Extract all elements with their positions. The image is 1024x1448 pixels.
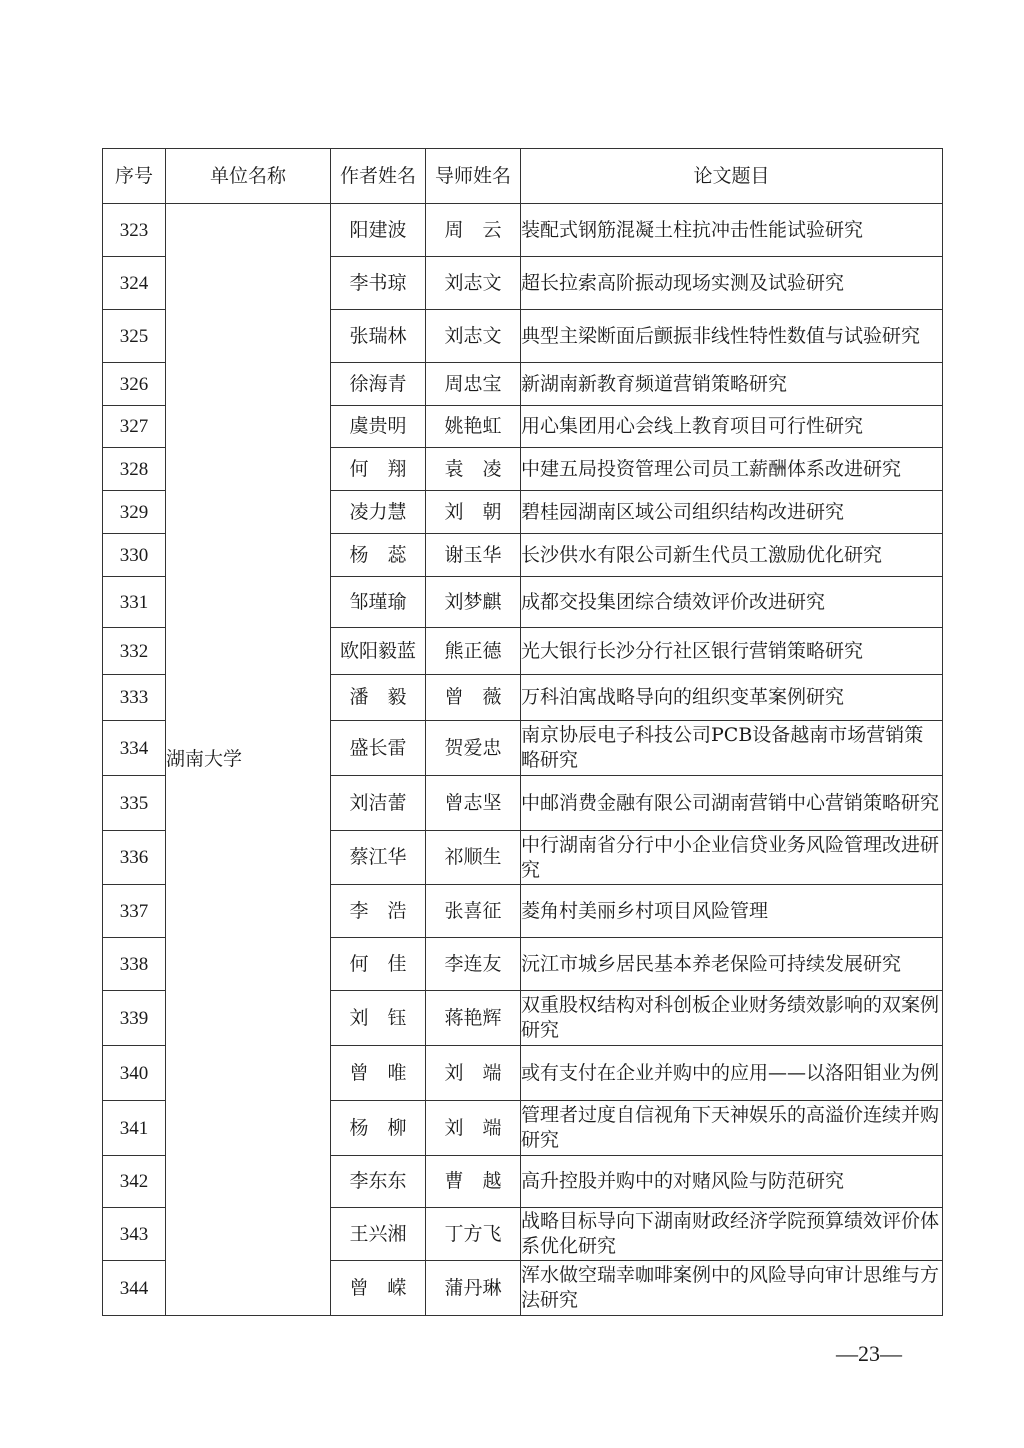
cell-seq: 334 (103, 721, 166, 776)
cell-advisor: 李连友 (426, 938, 521, 991)
cell-author: 何 翔 (331, 448, 426, 491)
cell-advisor: 袁 凌 (426, 448, 521, 491)
header-seq: 序号 (103, 149, 166, 204)
cell-title: 光大银行长沙分行社区银行营销策略研究 (521, 628, 943, 675)
cell-advisor: 熊正德 (426, 628, 521, 675)
cell-title: 超长拉索高阶振动现场实测及试验研究 (521, 257, 943, 310)
cell-advisor: 蒲丹琳 (426, 1261, 521, 1316)
thesis-list-table: 序号 单位名称 作者姓名 导师姓名 论文题目 323湖南大学阳建波周 云装配式钢… (102, 148, 943, 1316)
cell-author: 盛长雷 (331, 721, 426, 776)
cell-title: 长沙供水有限公司新生代员工激励优化研究 (521, 534, 943, 577)
cell-seq: 329 (103, 491, 166, 534)
cell-author: 阳建波 (331, 204, 426, 257)
cell-title: 双重股权结构对科创板企业财务绩效影响的双案例研究 (521, 991, 943, 1046)
cell-author: 蔡江华 (331, 831, 426, 885)
cell-seq: 328 (103, 448, 166, 491)
cell-title: 管理者过度自信视角下天神娱乐的高溢价连续并购研究 (521, 1101, 943, 1156)
cell-seq: 324 (103, 257, 166, 310)
cell-seq: 337 (103, 885, 166, 938)
cell-title: 菱角村美丽乡村项目风险管理 (521, 885, 943, 938)
cell-author: 凌力慧 (331, 491, 426, 534)
cell-title: 中行湖南省分行中小企业信贷业务风险管理改进研究 (521, 831, 943, 885)
cell-title: 南京协辰电子科技公司PCB设备越南市场营销策略研究 (521, 721, 943, 776)
cell-author: 邹瑾瑜 (331, 577, 426, 628)
cell-title: 新湖南新教育频道营销策略研究 (521, 363, 943, 406)
cell-seq: 340 (103, 1046, 166, 1101)
cell-seq: 336 (103, 831, 166, 885)
cell-advisor: 蒋艳辉 (426, 991, 521, 1046)
cell-advisor: 谢玉华 (426, 534, 521, 577)
cell-title: 战略目标导向下湖南财政经济学院预算绩效评价体系优化研究 (521, 1208, 943, 1261)
header-author: 作者姓名 (331, 149, 426, 204)
cell-advisor: 周忠宝 (426, 363, 521, 406)
cell-title: 或有支付在企业并购中的应用——以洛阳钼业为例 (521, 1046, 943, 1101)
header-title: 论文题目 (521, 149, 943, 204)
cell-seq: 332 (103, 628, 166, 675)
cell-advisor: 祁顺生 (426, 831, 521, 885)
table-header-row: 序号 单位名称 作者姓名 导师姓名 论文题目 (103, 149, 943, 204)
cell-title: 中建五局投资管理公司员工薪酬体系改进研究 (521, 448, 943, 491)
cell-advisor: 刘志文 (426, 257, 521, 310)
cell-author: 李东东 (331, 1156, 426, 1208)
cell-advisor: 刘梦麒 (426, 577, 521, 628)
cell-seq: 341 (103, 1101, 166, 1156)
cell-seq: 326 (103, 363, 166, 406)
cell-author: 曾 嵘 (331, 1261, 426, 1316)
cell-author: 刘洁蕾 (331, 776, 426, 831)
cell-advisor: 贺爱忠 (426, 721, 521, 776)
cell-seq: 327 (103, 406, 166, 448)
cell-seq: 335 (103, 776, 166, 831)
cell-author: 潘 毅 (331, 675, 426, 721)
header-advisor: 导师姓名 (426, 149, 521, 204)
cell-title: 碧桂园湖南区域公司组织结构改进研究 (521, 491, 943, 534)
cell-seq: 331 (103, 577, 166, 628)
cell-author: 徐海青 (331, 363, 426, 406)
cell-advisor: 曾志坚 (426, 776, 521, 831)
cell-author: 李书琼 (331, 257, 426, 310)
cell-author: 杨 蕊 (331, 534, 426, 577)
cell-title: 浑水做空瑞幸咖啡案例中的风险导向审计思维与方法研究 (521, 1261, 943, 1316)
page-number: —23— (836, 1341, 902, 1367)
cell-seq: 338 (103, 938, 166, 991)
cell-advisor: 曾 薇 (426, 675, 521, 721)
cell-seq: 344 (103, 1261, 166, 1316)
cell-advisor: 刘 端 (426, 1101, 521, 1156)
header-unit: 单位名称 (166, 149, 331, 204)
cell-title: 成都交投集团综合绩效评价改进研究 (521, 577, 943, 628)
cell-unit-name: 湖南大学 (166, 204, 331, 1316)
cell-advisor: 张喜征 (426, 885, 521, 938)
cell-author: 张瑞林 (331, 310, 426, 363)
cell-author: 杨 柳 (331, 1101, 426, 1156)
cell-advisor: 刘 朝 (426, 491, 521, 534)
cell-title: 典型主梁断面后颤振非线性特性数值与试验研究 (521, 310, 943, 363)
cell-author: 刘 钰 (331, 991, 426, 1046)
table-row: 323湖南大学阳建波周 云装配式钢筋混凝土柱抗冲击性能试验研究 (103, 204, 943, 257)
cell-title: 沅江市城乡居民基本养老保险可持续发展研究 (521, 938, 943, 991)
cell-author: 欧阳毅蓝 (331, 628, 426, 675)
cell-seq: 330 (103, 534, 166, 577)
cell-author: 李 浩 (331, 885, 426, 938)
cell-seq: 342 (103, 1156, 166, 1208)
cell-advisor: 姚艳虹 (426, 406, 521, 448)
cell-title: 万科泊寓战略导向的组织变革案例研究 (521, 675, 943, 721)
cell-seq: 333 (103, 675, 166, 721)
cell-author: 何 佳 (331, 938, 426, 991)
cell-advisor: 刘 端 (426, 1046, 521, 1101)
cell-seq: 323 (103, 204, 166, 257)
cell-author: 曾 唯 (331, 1046, 426, 1101)
cell-author: 王兴湘 (331, 1208, 426, 1261)
cell-advisor: 曹 越 (426, 1156, 521, 1208)
cell-advisor: 丁方飞 (426, 1208, 521, 1261)
cell-author: 虞贵明 (331, 406, 426, 448)
cell-advisor: 刘志文 (426, 310, 521, 363)
cell-title: 用心集团用心会线上教育项目可行性研究 (521, 406, 943, 448)
cell-advisor: 周 云 (426, 204, 521, 257)
cell-title: 中邮消费金融有限公司湖南营销中心营销策略研究 (521, 776, 943, 831)
cell-seq: 343 (103, 1208, 166, 1261)
cell-title: 装配式钢筋混凝土柱抗冲击性能试验研究 (521, 204, 943, 257)
cell-title: 高升控股并购中的对赌风险与防范研究 (521, 1156, 943, 1208)
cell-seq: 339 (103, 991, 166, 1046)
cell-seq: 325 (103, 310, 166, 363)
